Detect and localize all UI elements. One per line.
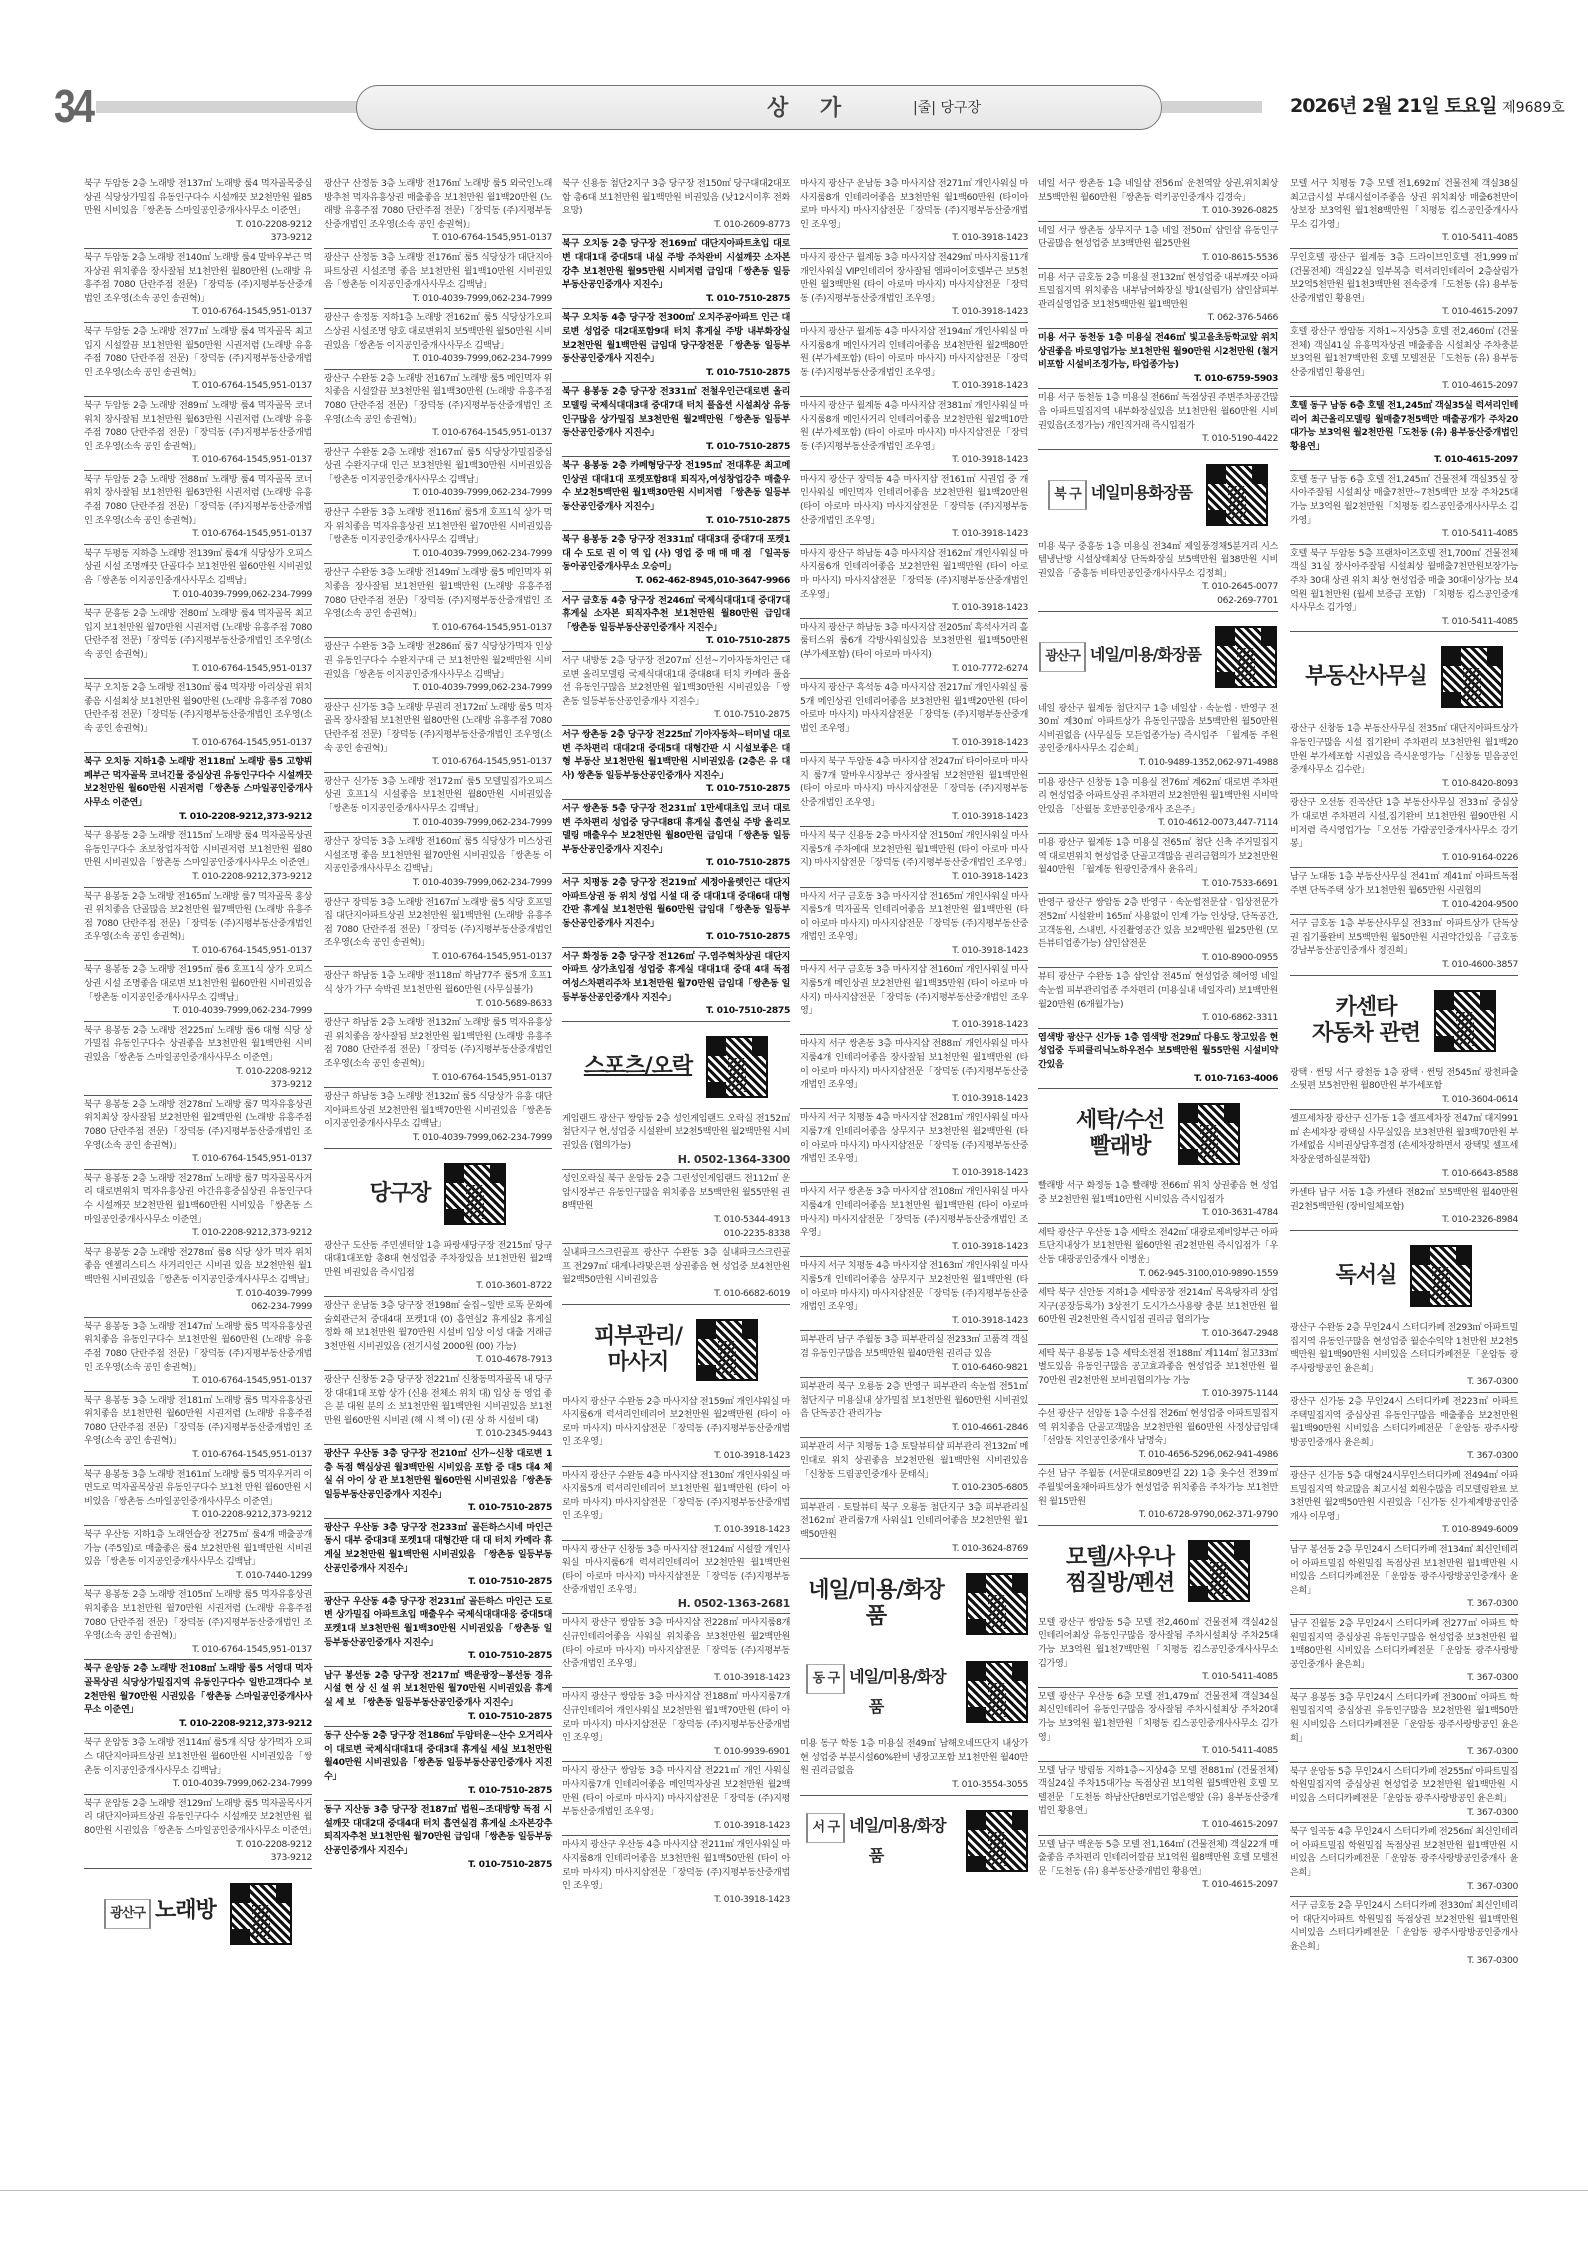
listing-phone[interactable]: T. 010-6764-1545,951-0137 [324,755,552,769]
listing-phone[interactable]: T. 010-7510-2875 [324,1501,552,1515]
listing-phone[interactable]: T. 010-6460-9821 [800,1361,1028,1375]
listing-item: 호텔 광산구 쌍암동 지하1~지상5층 호텔 전2,460㎡ (건물전체) 객실… [1290,323,1518,397]
listing-item: 북구 용봉동 3층 노래방 전161㎡ 노래방 룸5 먹자우거리 이면도로 먹자… [84,1466,312,1526]
listing-item: 마사지 광산구 하남동 4층 마사지샵 전162㎡ 개인사워실 마사지룸6개 인… [800,545,1028,619]
listing-item: 북구 용봉동 2층 당구장 전331㎡ 대대3대 중대7대 포켓1대 수 도로 … [562,531,790,591]
listing-item: 광산구 하남동 1층 노래방 전118㎡ 하남77주 룸5개 호프1식 상가 가… [324,967,552,1014]
listing-item: 광택 · 썬팅 서구 광천동 1층 광택 · 썬팅 전545㎡ 광천파출소뒷편 … [1290,1064,1518,1111]
listing-item: 북구 용봉동 2층 노래방 전225㎡ 노래방 룸6 대형 식당 상가밀집 유동… [84,1022,312,1096]
listing-phone[interactable]: T. 367-0300 [1290,1954,1518,1968]
footer-rule [0,2190,1588,2191]
listing-text: 북구 우산동 지하1층 노래연습장 전275㎡ 룸4개 매출공개가능 (주5일)… [84,1529,312,1567]
listing-text: 북구 두암동 2층 노래방 전88㎡ 노래방 룸4 먹자골목 코너위치 장사잘됨… [84,474,312,526]
listing-text: 광산구 오선동 진곡산단 1층 부동산사무실 전33㎡ 중심상가 대로변 주차편… [1290,797,1518,849]
listing-text: 북구 오치동 4층 당구장 전300㎡ 오치주공아파트 인근 대로변 성업중 대… [562,312,790,364]
listing-text: 북구 운암동 3층 노래방 전114㎡ 룸5개 식당 상가먹자 오피스 대단지아… [84,1737,312,1775]
column-4: 마사지 광산구 운남동 3층 마사지샵 전271㎡ 개인사워실 마사지룸8개 인… [800,175,1028,2230]
listing-phone-secondary[interactable]: 010-2235-8338 [562,1227,790,1241]
qr-code-icon[interactable] [1434,990,1496,1052]
category-header: 독서실 [1290,1231,1518,1319]
listing-phone[interactable]: T. 367-0300 [1290,1880,1518,1894]
listing-item: 광산구 신창동 2층 당구장 전221㎡ 신창동먹자골목 내 당구장 대대1대 … [324,1371,552,1445]
date-text: 2026년 2월 21일 토요일 [1290,95,1497,117]
listing-phone[interactable]: T. 010-2208-9212 [84,1065,312,1079]
category-title: 광산구네일/미용/화장품 [1039,642,1201,672]
listing-text: 서구 쌍촌동 5층 당구장 전231㎡ 1만세대초입 코너 대로변 주차편리 성… [562,803,790,855]
listing-text: 광택 · 썬팅 서구 광천동 1층 광택 · 썬팅 전545㎡ 광천파출소뒷편 … [1290,1067,1518,1092]
listing-text: 모텔 남구 백운동 5층 모텔 전1,164㎡ (건물전체) 객실22개 매출좋… [1038,1839,1278,1877]
issue-date: 2026년 2월 21일 토요일 제9689호 [1290,91,1565,118]
category-header: 동 구네일/미용/화장품 [800,1647,1028,1735]
listing-phone[interactable]: T. 010-4204-9500 [1290,898,1518,912]
category-title: 네일/미용/화장품 [800,1578,952,1630]
listing-text: 모텔 서구 치평동 7층 모텔 전1,692㎡ 건물전체 객실38실 최고급시설… [1290,178,1518,230]
listing-text: 마사지 광산구 월계동 3층 마사지샵 전429㎡ 마사지룸11개 개인사워실 … [800,252,1028,304]
listing-phone[interactable]: T. 010-3918-1423 [800,736,1028,750]
listing-item: 북구 두암동 2층 노래방 전88㎡ 노래방 룸4 먹자골목 코너위치 장사잘됨… [84,471,312,545]
listing-phone[interactable]: T. 010-4615-2097 [1038,1818,1278,1832]
listing-phone[interactable]: T. 010-7510-2875 [562,782,790,796]
listing-phone[interactable]: T. 010-3918-1423 [800,1314,1028,1328]
listing-text: 광산구 산정동 3층 노래방 전176㎡ 노래방 룸5 외국인노래방추천 먹자유… [324,178,552,230]
listing-phone[interactable]: T. 010-2208-9212 [84,1838,312,1852]
listing-item: 마사지 광산구 신창동 3층 마사지샵 전124㎡ 시설깔 개인사워실 마사지룸… [562,1541,790,1615]
listing-phone[interactable]: T. 010-4039-7999,062-234-7999 [324,681,552,695]
listing-text: 북구 두암동 2층 노래방 전137㎡ 노래방 룸4 먹자골목중심상권 식당상가… [84,178,312,216]
listing-item: 미용 광산구 월계동 1층 미용실 전65㎡ 첨단 신축 주거밀집지역 대로변위… [1038,834,1278,894]
qr-code-icon[interactable] [696,1319,758,1381]
listing-phone-secondary[interactable]: 373-9212 [84,1851,312,1865]
listing-text: 광산구 수완동 2층 무인24시 스터디카페 전293㎡ 아파트밀집지역 유동인… [1290,1322,1518,1374]
listing-phone[interactable]: T. 367-0300 [1290,1597,1518,1611]
listing-phone[interactable]: T. 010-4615-2097 [1038,1878,1278,1892]
listing-phone[interactable]: T. 010-3918-1423 [800,1240,1028,1254]
listing-text: 광산구 도산동 주민센터앞 1층 파랑새당구장 전215㎡ 당구대대1대포함 총… [324,1240,552,1278]
listing-phone[interactable]: T. 010-8615-5536 [1038,251,1278,265]
listing-item: 남구 봉선동 2층 무인24시 스터디카페 전134㎡ 최신인테리어 아파트밀집… [1290,1541,1518,1615]
listing-phone[interactable]: T. 010-3975-1144 [1038,1387,1278,1401]
listing-text: 마사지 광산구 쌍암동 3층 마사지샵 전188㎡ 마사지룸7개 신규인테리어 … [562,1691,790,1743]
listing-phone[interactable]: H. 0502-1363-2681 [562,1597,790,1611]
listing-phone[interactable]: T. 010-2645-0077 [1038,580,1278,594]
listing-text: 서구 내방동 2층 당구장 전207㎡ 신선~기아자동차인근 대로변 올리모델링… [562,655,790,707]
listing-phone[interactable]: T. 010-6764-1545,951-0137 [84,527,312,541]
listing-phone[interactable]: T. 010-4039-7999,062-234-7999 [324,352,552,366]
listing-phone[interactable]: T. 010-3918-1423 [800,379,1028,393]
listing-phone[interactable]: T. 010-6764-1545,951-0137 [84,944,312,958]
category-title-text: 당구장 [370,1181,431,1206]
listing-phone[interactable]: H. 0502-1364-3300 [562,1153,790,1167]
listing-phone[interactable]: T. 010-2305-6805 [800,1481,1028,1495]
listing-phone[interactable]: T. 010-2208-9212 [84,218,312,232]
listing-phone[interactable]: T. 010-6764-1545,951-0137 [324,231,552,245]
listing-text: 북구 용봉동 2층 노래방 전195㎡ 룸6 호프1식 상가 오피스상권 시설 … [84,964,312,1002]
listing-phone[interactable]: T. 010-9939-6901 [562,1745,790,1759]
listing-text: 마사지 광산구 월계동 4층 마사지샵 전381㎡ 개인사워실 마사지룸8개 메… [800,400,1028,452]
listing-phone[interactable]: T. 010-6764-1545,951-0137 [324,621,552,635]
listing-phone[interactable]: T. 010-6682-6019 [562,1287,790,1301]
listing-item: 마사지 광산구 월계동 3층 마사지샵 전429㎡ 마사지룸11개 개인사워실 … [800,249,1028,323]
listing-text: 마사지 서구 금호동 3층 마사지샵 전160㎡ 개인사워실 마사지룸5개 메인… [800,964,1028,1016]
listing-item: 광산구 장덕동 3층 노래방 전160㎡ 룸5 식당상가 미스상권 시설조명 좋… [324,833,552,893]
listing-item: 마사지 광산구 쌍암동 3층 마사지샵 전188㎡ 마사지룸7개 신규인테리어 … [562,1688,790,1762]
listing-phone[interactable]: T. 010-3918-1423 [800,810,1028,824]
category-title: 모텔/사우나 찜질방/펜션 [1066,1545,1174,1597]
qr-code-icon[interactable] [1178,1103,1240,1165]
listing-phone[interactable]: T. 010-6759-5903 [1038,372,1278,386]
listing-phone[interactable]: T. 010-6764-1545,951-0137 [84,1448,312,1462]
listing-phone[interactable]: T. 010-7533-6691 [1038,877,1278,891]
listing-phone[interactable]: T. 010-3918-1423 [800,453,1028,467]
listing-item: 피부관리 북구 오룡동 2층 반영구 피부관리 속눈썹 전51㎡ 첨단지구 미용… [800,1378,1028,1438]
listing-phone[interactable]: T. 010-3918-1423 [800,527,1028,541]
listing-phone[interactable]: T. 010-4600-3857 [1290,958,1518,972]
listing-text: 호텔 광산구 쌍암동 지하1~지상5층 호텔 전2,460㎡ (건물전체) 객실… [1290,326,1518,378]
listing-phone[interactable]: T. 367-0300 [1290,1806,1518,1820]
listing-phone-secondary[interactable]: 062-234-7999 [84,1300,312,1314]
listing-text: 북구 용봉동 2층 노래방 전105㎡ 노래방 룸5 먹자유흥상권 위치좋음 보… [84,1589,312,1641]
listing-phone[interactable]: T. 010-7772-6274 [800,662,1028,676]
listing-item: 광산구 신창동 1층 부동산사무실 전35㎡ 대단지아파트상가 유동인구많음 시… [1290,720,1518,794]
qr-code-icon[interactable] [230,1883,292,1945]
listing-phone[interactable]: T. 010-3604-0614 [1290,1093,1518,1107]
listing-phone[interactable]: T. 010-6728-9790,062-371-9790 [1038,1508,1278,1522]
listing-phone[interactable]: T. 010-2208-9212,373-9212 [84,870,312,884]
listing-phone[interactable]: T. 010-7510-2875 [562,292,790,306]
category-title: 광산구노래방 [104,1898,215,1929]
listing-text: 마사지 광산구 운남동 3층 마사지샵 전271㎡ 개인사워실 마사지룸8개 인… [800,178,1028,230]
listing-item: 서구 금호동 2층 무인24시 스터디카페 전330㎡ 최신인테리어 대단지아파… [1290,1897,1518,1970]
listing-text: 광산구 신가동 3층 노래방 전172㎡ 룸5 모델밀집가오피스상권 호프1식 … [324,776,552,814]
listing-item: 빨래방 서구 화정동 1층 빨래방 전66㎡ 위치 상권좋음 현 성업중 보2천… [1038,1177,1278,1224]
listing-phone[interactable]: T. 062-376-5466 [1038,311,1278,325]
listing-phone[interactable]: T. 367-0300 [1290,1375,1518,1389]
listing-phone-secondary[interactable]: 373-9212 [84,231,312,245]
listing-item: 미용 북구 중흥동 1층 미용실 전34㎡ 제일풍경채5분거리 시스템냉난방 시… [1038,538,1278,612]
category-title-text: 노래방 [155,1898,216,1923]
listing-item: 미용 서구 금호동 2층 미용실 전132㎡ 현성업중 내부깨끗 아파트밀집지역… [1038,269,1278,329]
listing-text: 미용 서구 동천동 1층 미용실 전66㎡ 독점상권 주변주차공간많음 아파트밀… [1038,392,1278,430]
qr-code-icon[interactable] [1441,646,1503,708]
listing-text: 셀프세차장 광산구 신가동 1층 셀프세차장 전47㎡ 대지991㎡ 손세차장 … [1290,1113,1518,1165]
listing-phone[interactable]: T. 010-3918-1423 [800,601,1028,615]
listing-text: 북구 두암동 2층 노래방 전89㎡ 노래방 룸4 먹자골목 코너위치 장사잘됨… [84,400,312,452]
listing-item: 모텔 남구 백운동 5층 모텔 전1,164㎡ (건물전체) 객실22개 매출좋… [1038,1836,1278,1895]
listing-text: 성인오락실 북구 운암동 2층 그린성인게임랜드 전112㎡ 운암시장부근 유동… [562,1173,790,1211]
listing-phone[interactable]: T. 010-3631-4784 [1038,1206,1278,1220]
listing-phone[interactable]: T. 010-4039-7999,062-234-7999 [84,1004,312,1018]
qr-code-icon[interactable] [706,1036,768,1098]
listing-phone[interactable]: T. 010-8420-8093 [1290,777,1518,791]
listing-text: 동구 지산동 3층 당구장 전187㎡ 법원~조대방향 독점 시설깨끗 대대2대… [324,1804,552,1856]
listing-phone[interactable]: T. 010-7510-2875 [562,440,790,454]
listing-phone[interactable]: T. 010-4039-7999,062-234-7999 [324,486,552,500]
listing-text: 서구 금호동 2층 무인24시 스터디카페 전330㎡ 최신인테리어 대단지아파… [1290,1900,1518,1952]
listing-phone[interactable]: T. 010-3918-1423 [562,1893,790,1907]
listing-phone[interactable]: T. 010-7510-2875 [562,514,790,528]
listing-text: 광산구 하남동 3층 노래방 전132㎡ 룸5 식당상가 유흥 대단지아파트상권… [324,1091,552,1129]
listing-phone[interactable]: T. 010-4661-2846 [800,1421,1028,1435]
listing-phone[interactable]: T. 010-7510-2875 [562,856,790,870]
listing-phone[interactable]: T. 010-4656-5296,062-941-4986 [1038,1448,1278,1462]
listing-item: 피부관리 남구 주월동 3층 피부관리실 전233㎡ 고품격 객실겸 유동인구많… [800,1331,1028,1378]
qr-code-icon[interactable] [966,1661,1028,1723]
listing-text: 남구 노대동 1층 부동산사무실 전41㎡ 계41㎡ 아파트독점 주변 단독주택… [1290,871,1518,896]
category-title: 동 구네일/미용/화장품 [800,1664,952,1720]
listing-phone[interactable]: T. 010-3918-1423 [800,231,1028,245]
listing-phone[interactable]: T. 010-3918-1423 [800,1092,1028,1106]
listing-phone[interactable]: T. 010-3918-1423 [800,1166,1028,1180]
section-subtitle: |줄| 당구장 [913,97,981,117]
listing-phone[interactable]: T. 010-2609-8773 [562,218,790,232]
listing-item: 북구 두암동 2층 노래방 전89㎡ 노래방 룸4 먹자골목 코너위치 장사잘됨… [84,397,312,471]
listing-phone-secondary[interactable]: 062-269-7701 [1038,594,1278,608]
listing-item: 염색방 광산구 신가동 1층 염색방 전29㎡ 다용도 창고있음 현 성업중 두… [1038,1029,1278,1089]
column-2: 광산구 산정동 3층 노래방 전176㎡ 노래방 룸5 외국인노래방추천 먹자유… [324,175,552,2230]
listing-item: 북구 용봉동 2층 노래방 전278㎡ 노래방 룸7 먹자유흥상권 위치최상 장… [84,1096,312,1170]
listing-item: 광산구 장덕동 3층 노래방 전167㎡ 노래방 룸5 식당 호프밀집 대단지아… [324,894,552,968]
listing-phone[interactable]: T. 010-3624-8769 [800,1542,1028,1556]
listing-text: 남구 봉선동 2층 당구장 전217㎡ 백운광장~봉선동 경유 시설 현 상 신… [324,1670,552,1708]
listing-text: 동구 산수동 2층 당구장 전186㎡ 두암터운~산수 오거리사이 대로변 국제… [324,1730,552,1782]
category-title: 스포츠/오락 [584,1054,692,1080]
listing-phone[interactable]: T. 010-3647-2948 [1038,1327,1278,1341]
listing-phone[interactable]: T. 010-5344-4913 [562,1213,790,1227]
listing-phone[interactable]: T. 010-2208-9212,373-9212 [84,1226,312,1240]
listing-phone[interactable]: T. 010-6764-1545,951-0137 [84,453,312,467]
listing-item: 광산구 수완동 3층 노래방 전149㎡ 노래방 룸5 메인먹자 위치좋음 장사… [324,564,552,638]
listing-text: 미용 광산구 월계동 1층 미용실 전65㎡ 첨단 신축 주거밀집지역 대로변위… [1038,837,1278,875]
listing-item: 남구 진월동 2층 무인24시 스터디카페 전277㎡ 아파트 학원밀집지역 중… [1290,1615,1518,1689]
listing-item: 마사지 광산구 하남동 3층 마사지샵 전205㎡ 흑석사거리 홀룸터스위 룸6… [800,619,1028,679]
listing-phone[interactable]: T. 010-5411-4085 [1290,527,1518,541]
listing-text: 북구 운암동 2층 노래방 전108㎡ 노래방 룸5 서영대 먹자골목상권 식당… [84,1663,312,1715]
listing-text: 광산구 수완동 3층 노래방 전286㎡ 룸7 식당상가먹자 인상권 유동인구다… [324,641,552,679]
listing-item: 북구 용봉동 3층 노래방 전181㎡ 노래방 룸5 먹자유흥상권 위치좋음 보… [84,1392,312,1466]
listing-phone[interactable]: T. 010-6764-1545,951-0137 [84,736,312,750]
listing-phone[interactable]: T. 010-2208-9212,373-9212 [84,1508,312,1522]
category-title-text: 모텔/사우나 찜질방/펜션 [1066,1545,1174,1596]
qr-code-icon[interactable] [966,1810,1028,1872]
listing-text: 광산구 신창동 1층 부동산사무실 전35㎡ 대단지아파트상가 유동인구많음 시… [1290,723,1518,775]
listing-phone[interactable]: T. 010-6764-1545,951-0137 [84,1374,312,1388]
listing-text: 마사지 광산구 장덕동 4층 마사지샵 전161㎡ 시권업 중 개인사워실 메인… [800,474,1028,526]
listing-item: 네일 서구 쌍촌동 1층 네일샵 전56㎡ 운천역앞 상권,위치최상 보5백만원… [1038,175,1278,222]
listing-text: 광산구 산정동 3층 노래방 전176㎡ 룸5 식당상가 대단지아파트상권 시설… [324,252,552,290]
listing-phone[interactable]: T. 010-4615-2097 [1290,379,1518,393]
listing-phone[interactable]: T. 010-4039-7999,062-234-7999 [324,292,552,306]
listing-text: 북구 두평동 지하층 노래방 전139㎡ 룸4개 식당상가 오피스상권 시설 조… [84,548,312,586]
listing-phone[interactable]: T. 010-4039-7999,062-234-7999 [324,547,552,561]
listing-phone[interactable]: T. 010-7440-1299 [84,1569,312,1583]
category-header: 카센타 자동차 관련 [1290,976,1518,1064]
listing-item: 무인호텔 광산구 월계동 3층 드라이브인호텔 전1,999㎡ (건물전체) 객… [1290,249,1518,323]
listing-text: 미용 동구 학동 1층 미용실 전49㎡ 남해오네뜨단지 내상가 현 성업중 부… [800,1738,1028,1776]
qr-code-icon[interactable] [1215,626,1277,688]
listing-phone[interactable]: T. 010-7510-2875 [562,930,790,944]
listing-text: 마사지 서구 치평동 4층 마사지샵 전163㎡ 개인사워실 마사지룸5개 인테… [800,1260,1028,1312]
listing-phone[interactable]: T. 010-4039-7999,062-234-7999 [84,588,312,602]
listing-text: 광산구 수완동 3층 노래방 전116㎡ 룸5개 호프1식 상가 먹자 위치좋음… [324,507,552,545]
listing-phone[interactable]: T. 010-5411-4085 [1038,1744,1278,1758]
listing-phone[interactable]: T. 010-6764-1545,951-0137 [324,426,552,440]
listing-phone[interactable]: T. 010-6764-1545,951-0137 [84,379,312,393]
listing-phone[interactable]: T. 010-3918-1423 [562,1671,790,1685]
qr-code-icon[interactable] [1206,464,1268,526]
listing-item: 게임랜드 광산구 쌍암동 2층 성인게임랜드 오락실 전152㎡ 첨단지구 현,… [562,1110,790,1170]
qr-code-icon[interactable] [966,1573,1028,1635]
listing-text: 북구 두암동 2층 노래방 전77㎡ 노래방 룸4 먹자골목 최고입지 시설깔끔… [84,326,312,378]
column-3: 북구 신용동 첨단2지구 3층 당구장 전150㎡ 당구대대2대포함 총6대 보… [562,175,790,2230]
listing-phone[interactable]: T. 010-6764-1545,951-0137 [84,1643,312,1657]
listing-item: 북구 두암동 2층 노래방 전77㎡ 노래방 룸4 먹자골목 최고입지 시설깔끔… [84,323,312,397]
listing-item: 마사지 서구 쌍촌동 3층 마사지샵 전88㎡ 개인사워실 마사지룸4개 인테리… [800,1035,1028,1109]
listing-text: 모텔 광산구 쌍암동 5층 모텔 전2,460㎡ 건물전체 객실42실 인테리어… [1038,1617,1278,1669]
listing-item: 광산구 신가동 2층 무인24시 스터디카페 전223㎡ 아파트 주택밀집지역 … [1290,1393,1518,1467]
listing-item: 북구 신용동 첨단2지구 3층 당구장 전150㎡ 당구대대2대포함 총6대 보… [562,175,790,235]
listing-item: 북구 용봉동 2층 노래방 전105㎡ 노래방 룸5 먹자유흥상권 위치좋음 보… [84,1586,312,1660]
category-title: 독서실 [1336,1263,1397,1289]
listing-text: 광산구 장덕동 3층 노래방 전160㎡ 룸5 식당상가 미스상권 시설조명 좋… [324,836,552,874]
listing-item: 호텔 북구 두암동 5층 프랜차이즈호텔 전1,700㎡ 건물전체 객실 31실… [1290,545,1518,633]
listing-item: 광산구 신가동 5층 대형24시무인스터디카페 전494㎡ 아파트밀집지역 학교… [1290,1467,1518,1541]
category-header: 광산구네일/미용/화장품 [1038,612,1278,700]
listing-phone[interactable]: T. 010-2208-9212,373-9212 [84,810,312,824]
listing-item: 북구 용봉동 3층 무인24시 스터디카페 전300㎡ 아파트 학원밀집지역 중… [1290,1689,1518,1763]
listing-phone[interactable]: T. 010-7510-2875 [324,1575,552,1589]
listing-phone[interactable]: T. 010-2326-8984 [1290,1213,1518,1227]
listing-text: 모텔 광산구 우산동 6층 모텔 전1,479㎡ 건물전체 객실34실 최신인테… [1038,1691,1278,1743]
listing-item: 광산구 송정동 지하1층 노래방 전162㎡ 룸5 식당상가오피스상권 시설조명… [324,309,552,369]
listing-phone[interactable]: T. 010-4615-2097 [1290,453,1518,467]
listing-phone[interactable]: T. 010-7510-2875 [324,1649,552,1663]
listing-item: 마사지 광산구 쌍암동 3층 마사지샵 전228㎡ 마사지룸8개 신규인테리어좋… [562,1614,790,1688]
listing-phone[interactable]: T. 010-4678-7913 [324,1353,552,1367]
listing-text: 북구 용봉동 2층 노래방 전115㎡ 노래방 룸4 먹자골목상권 유동인구다수… [84,830,314,868]
listing-phone[interactable]: T. 010-4612-0073,447-7114 [1038,816,1278,830]
listing-phone[interactable]: T. 367-0300 [1290,1745,1518,1759]
listing-phone[interactable]: T. 010-3918-1423 [800,305,1028,319]
listing-phone[interactable]: T. 010-5689-8633 [324,997,552,1011]
listing-text: 세탁 북구 용봉동 1층 세탁소전점 전188㎡ 계114㎡ 첨고33㎡별도있음… [1038,1348,1278,1386]
listing-item: 북구 일곡동 4층 무인24시 스터디카페 전256㎡ 최신인테리어 아파트밀집… [1290,1823,1518,1897]
listing-phone[interactable]: T. 010-2345-9443 [324,1427,552,1441]
listing-phone[interactable]: T. 010-3554-3055 [800,1778,1028,1792]
listing-phone[interactable]: T. 010-7510-2875 [324,1858,552,1872]
listing-item: 모텔 광산구 우산동 6층 모텔 전1,479㎡ 건물전체 객실34실 최신인테… [1038,1688,1278,1762]
listing-phone[interactable]: T. 010-4039-7999,062-234-7999 [84,1777,312,1791]
listing-item: 모텔 남구 방림동 지하1층~지상4층 모텔 전881㎡ (건물전체) 객실24… [1038,1762,1278,1836]
category-title: 당구장 [370,1181,431,1207]
listing-text: 마사지 광산구 우산동 4층 마사지샵 전211㎡ 개인사워실 마사지룸8개 인… [562,1839,790,1891]
listing-text: 염색방 광산구 신가동 1층 염색방 전29㎡ 다용도 창고있음 현 성업중 두… [1038,1032,1278,1070]
listing-phone[interactable]: T. 367-0300 [1290,1449,1518,1463]
category-title: 서 구네일/미용/화장품 [800,1813,952,1869]
listing-item: 광산구 하남동 2층 노래방 전132㎡ 노래방 룸5 먹자유흥상권 위치좋음 … [324,1014,552,1088]
listing-phone[interactable]: T. 010-8900-0955 [1038,951,1278,965]
listing-phone[interactable]: T. 062-462-8945,010-3647-9966 [562,574,790,588]
listing-text: 북구 운암동 2층 노래방 전129㎡ 노래방 룸5 먹자골목사거리 대단지아파… [84,1798,316,1836]
listing-phone-secondary[interactable]: 373-9212 [84,1078,312,1092]
listing-phone[interactable]: T. 010-2208-9212,373-9212 [84,1717,312,1731]
listing-phone[interactable]: T. 010-7510-2875 [324,1710,552,1724]
listing-text: 북구 오치동 지하1층 노래방 전118㎡ 노래방 룸5 고향뷔페부근 먹자골목… [84,756,312,808]
listing-phone[interactable]: T. 010-4039-7999,062-234-7999 [324,1131,552,1145]
qr-code-icon[interactable] [444,1163,506,1225]
listing-phone[interactable]: T. 010-5411-4085 [1290,231,1518,245]
listing-item: 광산구 수완동 3층 노래방 전286㎡ 룸7 식당상가먹자 인상권 유동인구다… [324,638,552,698]
listing-phone[interactable]: T. 010-4039-7999,062-234-7999 [324,816,552,830]
listing-text: 미용 북구 중흥동 1층 미용실 전34㎡ 제일풍경채5분거리 시스템냉난방 시… [1038,541,1278,579]
listing-phone[interactable]: T. 010-6764-1545,951-0137 [324,950,552,964]
listing-phone[interactable]: T. 010-5411-4085 [1038,1670,1278,1684]
listing-text: 마사지 북구 두암동 4층 마사지샵 전247㎡ 타이아로마 마사지 룸7개 말… [800,756,1028,808]
listing-phone[interactable]: T. 010-6862-3311 [1038,1011,1278,1025]
listing-phone[interactable]: T. 010-6764-1545,951-0137 [84,662,312,676]
qr-code-icon[interactable] [1188,1540,1250,1602]
listing-item: 서구 쌍촌동 5층 당구장 전231㎡ 1만세대초입 코너 대로변 주차편리 성… [562,800,790,874]
listing-item: 카센타 남구 서동 1층 카센타 전82㎡ 보5백만원 월40만원 권2천5백만… [1290,1184,1518,1231]
listing-phone[interactable]: T. 010-3918-1423 [562,1523,790,1537]
listing-phone[interactable]: T. 367-0300 [1290,1671,1518,1685]
issue-number: 제9689호 [1502,100,1565,116]
listing-item: 호텔 동구 남동 6층 호텔 전1,245㎡ 객실35실 럭셔리인테리어 최근올… [1290,397,1518,471]
category-header: 서 구네일/미용/화장품 [800,1796,1028,1884]
listing-phone[interactable]: T. 010-3918-1423 [562,1819,790,1833]
listing-phone[interactable]: T. 010-3601-8722 [324,1279,552,1293]
listing-phone[interactable]: T. 010-6764-1545,951-0137 [84,305,312,319]
listing-phone[interactable]: T. 010-9489-1352,062-971-4988 [1038,756,1278,770]
listing-item: 마사지 서구 치평동 4층 마사지샵 전281㎡ 개인사워실 마사지룸7개 인테… [800,1109,1028,1183]
listing-item: 북구 운암동 2층 노래방 전129㎡ 노래방 룸5 먹자골목사거리 대단지아파… [84,1795,312,1869]
listing-phone[interactable]: T. 010-9164-0226 [1290,851,1518,865]
listing-phone[interactable]: T. 010-6764-1545,951-0137 [84,1152,312,1166]
listing-item: 광산구 수완동 2층 노래방 전167㎡ 룸5 식당상가밀집중심상권 수완지구대… [324,444,552,504]
listing-phone[interactable]: T. 010-7510-2875 [562,634,790,648]
qr-code-icon[interactable] [1410,1245,1472,1307]
listing-phone[interactable]: T. 010-3918-1423 [800,944,1028,958]
listing-text: 남구 진월동 2층 무인24시 스터디카페 전277㎡ 아파트 학원밀집지역 중… [1290,1618,1518,1670]
listing-phone[interactable]: T. 010-3918-1423 [800,1018,1028,1032]
listing-phone[interactable]: T. 010-5190-4422 [1038,432,1278,446]
listing-phone[interactable]: T. 010-7163-4006 [1038,1072,1278,1086]
listing-phone[interactable]: T. 010-8949-6009 [1290,1523,1518,1537]
listing-text: 미용 서구 금호동 2층 미용실 전132㎡ 현성업중 내부깨끗 아파트밀집지역… [1038,272,1278,310]
listing-phone[interactable]: T. 010-3926-0825 [1038,204,1278,218]
category-header: 세탁/수선 빨래방 [1038,1089,1278,1177]
listing-phone[interactable]: T. 010-7510-2875 [324,1784,552,1798]
listing-text: 호텔 동구 남동 6층 호텔 전1,245㎡ 건물전체 객실35실 장사아주잘됨… [1290,474,1518,526]
listing-phone[interactable]: T. 062-945-3100,010-9890-1559 [1038,1267,1278,1281]
listing-phone[interactable]: T. 010-6643-8588 [1290,1167,1518,1181]
listing-phone[interactable]: T. 010-3918-1423 [800,870,1028,884]
listing-phone[interactable]: T. 010-4615-2097 [1290,305,1518,319]
listing-item: 수선 남구 주월동 (서문대로809번길 22) 1층 옷수선 전39㎡ 주월빛… [1038,1465,1278,1525]
listing-item: 광산구 신가동 3층 노래방 무권리 전172㎡ 노래방 룸5 먹자골목 장사잘… [324,699,552,773]
category-title-text: 스포츠/오락 [584,1054,692,1079]
listing-text: 수선 광산구 선암동 1층 수선집 전26㎡ 현성업중 아파트밀집지역 위치좋음… [1038,1408,1278,1446]
listing-phone[interactable]: T. 010-7510-2875 [562,708,790,722]
listing-item: 마사지 광산구 월계동 4층 마사지샵 전194㎡ 개인사워실 마사지룸8개 메… [800,323,1028,397]
listing-phone[interactable]: T. 010-4039-7999 [84,1287,312,1301]
listing-phone[interactable]: T. 010-3918-1423 [562,1449,790,1463]
listing-phone[interactable]: T. 010-5411-4085 [1290,615,1518,629]
listing-phone[interactable]: T. 010-6764-1545,951-0137 [324,1071,552,1085]
listing-phone[interactable]: T. 010-7510-2875 [562,366,790,380]
listing-text: 서구 치평동 2층 당구장 전219㎡ 세정아울렛인근 대단지아파트상권 동 위… [562,877,790,929]
listing-phone[interactable]: T. 010-4039-7999,062-234-7999 [324,876,552,890]
listing-phone[interactable]: T. 010-7510-2875 [562,1004,790,1018]
